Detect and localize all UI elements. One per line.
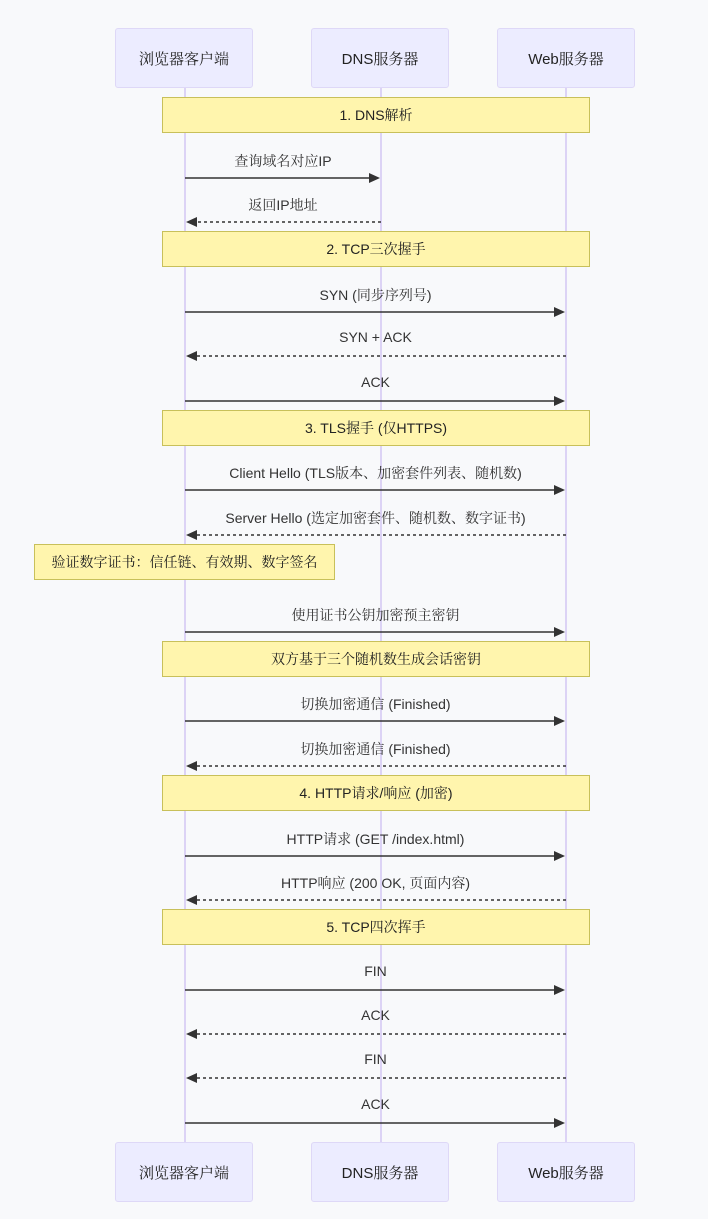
note-box: 2. TCP三次握手 (162, 231, 590, 267)
message-label: 使用证书公钥加密预主密钥 (292, 605, 460, 625)
sequence-diagram: 浏览器客户端 DNS服务器 Web服务器 浏览器客户端 DNS服务器 Web服务… (0, 0, 708, 1219)
arrowhead-icon (186, 761, 197, 771)
message-label: ACK (361, 1007, 390, 1023)
note-label: 双方基于三个随机数生成会话密钥 (271, 649, 481, 669)
arrowhead-icon (186, 351, 197, 361)
note-box: 双方基于三个随机数生成会话密钥 (162, 641, 590, 677)
arrowhead-icon (554, 307, 565, 317)
arrowhead-icon (554, 485, 565, 495)
arrowhead-icon (369, 173, 380, 183)
arrowhead-icon (186, 895, 197, 905)
message-label: SYN + ACK (339, 329, 412, 345)
arrowhead-icon (554, 851, 565, 861)
message-label: HTTP响应 (200 OK, 页面内容) (281, 873, 470, 893)
arrowhead-icon (554, 396, 565, 406)
note-label: 4. HTTP请求/响应 (加密) (299, 783, 452, 803)
arrowhead-icon (186, 1029, 197, 1039)
note-label: 验证数字证书：信任链、有效期、数字签名 (52, 552, 318, 572)
note-box: 1. DNS解析 (162, 97, 590, 133)
message-label: ACK (361, 374, 390, 390)
note-box: 5. TCP四次挥手 (162, 909, 590, 945)
message-label: 切换加密通信 (Finished) (300, 694, 450, 714)
note-label: 5. TCP四次挥手 (326, 917, 425, 937)
arrowhead-icon (554, 627, 565, 637)
arrowhead-icon (186, 217, 197, 227)
message-label: HTTP请求 (GET /index.html) (287, 829, 465, 849)
note-label: 3. TLS握手 (仅HTTPS) (305, 418, 447, 438)
message-label: 返回IP地址 (248, 195, 317, 215)
message-label: FIN (364, 1051, 387, 1067)
note-label: 1. DNS解析 (339, 105, 412, 125)
arrowhead-icon (554, 1118, 565, 1128)
message-label: Client Hello (TLS版本、加密套件列表、随机数) (229, 463, 521, 483)
arrowhead-icon (554, 985, 565, 995)
message-label: 查询域名对应IP (234, 151, 331, 171)
message-label: Server Hello (选定加密套件、随机数、数字证书) (225, 508, 525, 528)
note-box: 3. TLS握手 (仅HTTPS) (162, 410, 590, 446)
note-box: 4. HTTP请求/响应 (加密) (162, 775, 590, 811)
message-label: SYN (同步序列号) (320, 285, 432, 305)
arrowhead-icon (554, 716, 565, 726)
note-label: 2. TCP三次握手 (326, 239, 425, 259)
arrowhead-icon (186, 530, 197, 540)
arrowhead-icon (186, 1073, 197, 1083)
message-label: ACK (361, 1096, 390, 1112)
note-box: 验证数字证书：信任链、有效期、数字签名 (34, 544, 335, 580)
message-label: 切换加密通信 (Finished) (300, 739, 450, 759)
message-label: FIN (364, 963, 387, 979)
